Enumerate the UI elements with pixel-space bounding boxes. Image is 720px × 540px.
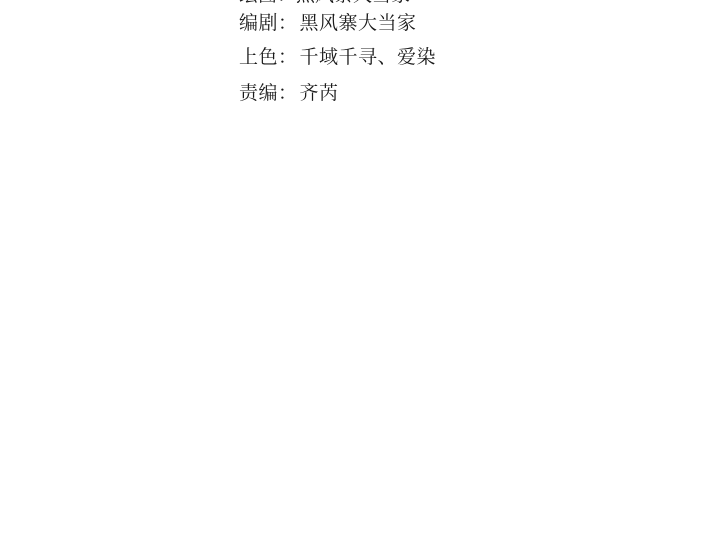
credit-value: 齐芮 [300, 82, 339, 104]
credit-separator: ： [278, 12, 298, 34]
credit-value: 黑风寨大当家 [300, 12, 417, 34]
cut-off-credit-line: 绘图：黑风寨大当家 [239, 0, 410, 5]
credit-separator: ： [278, 82, 298, 104]
credit-separator: ： [278, 46, 298, 68]
credit-label: 责编 [239, 82, 278, 104]
credit-label: 上色 [239, 46, 278, 68]
credit-label: 编剧 [239, 12, 278, 34]
credit-row-colorist: 上色：千域千寻、爱染 [239, 46, 436, 68]
credit-value: 千域千寻、爱染 [300, 46, 437, 68]
credit-row-screenwriter: 编剧：黑风寨大当家 [239, 12, 417, 34]
credit-row-editor: 责编：齐芮 [239, 82, 339, 104]
